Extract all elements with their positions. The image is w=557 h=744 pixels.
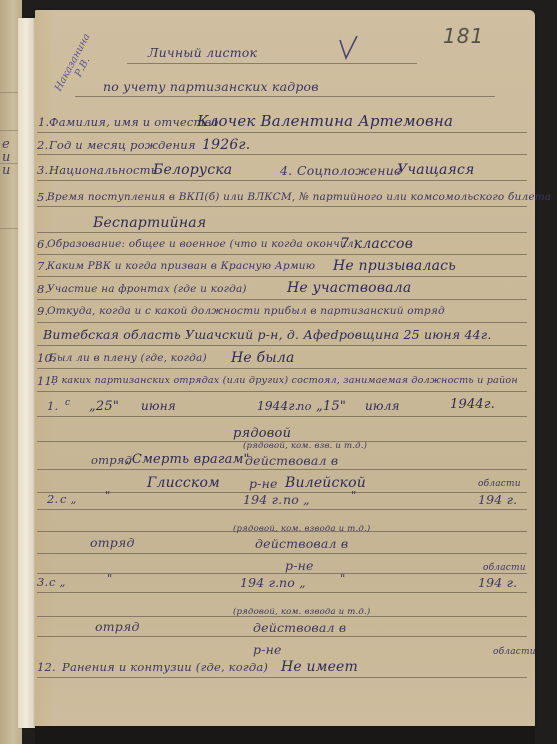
entry-1-acted-label: действовал в (245, 455, 338, 468)
field-4-label: Соцположение (297, 165, 402, 178)
entry-1-from-prefix: с (65, 399, 70, 408)
entry-1-unit-name: „Смерть врагам" (125, 453, 250, 466)
scanned-document: е и и Наказанина Р.В. 181 Личный листок … (0, 0, 557, 744)
entry-3-position-hint: (рядовой, ком. взвода и т.д.) (233, 608, 370, 617)
row-rule (37, 154, 527, 155)
entry-1-to-month: июля (365, 400, 400, 412)
entry-2-region-suffix: области (483, 564, 526, 573)
field-3-label: Национальность (49, 165, 157, 177)
title-rule (127, 63, 417, 64)
margin-note: Наказанина Р.В. (53, 32, 102, 98)
field-12-label: Ранения и контузии (где, когда) (62, 662, 268, 674)
form-title: Личный листок (148, 47, 257, 60)
entry-1-from-year: 1944г. (257, 400, 299, 412)
entry-1-region-suffix: области (478, 480, 521, 489)
row-rule (37, 391, 527, 392)
row-rule (37, 416, 527, 417)
row-rule (37, 636, 527, 637)
entry-2-position-hint: (рядовой, ком. взвода и т.д.) (233, 525, 370, 534)
entry-3-from-year: 194 г. (240, 577, 279, 590)
field-6-value: 7 классов (340, 237, 413, 251)
entry-1-to-label: по (297, 401, 312, 413)
entry-3-unit-label: отряд (95, 621, 140, 634)
row-rule (37, 232, 527, 233)
field-7-label: Каким РВК и когда призван в Красную Арми… (47, 261, 315, 272)
field-12-value: Не имеет (281, 660, 358, 674)
form-page: Наказанина Р.В. 181 Личный листок по уче… (35, 10, 535, 728)
entry-2-from-prefix: с „ (60, 494, 77, 506)
checkmark-icon (337, 34, 359, 60)
entry-3-from-prefix: с „ (49, 577, 66, 589)
field-5-label: Время поступления в ВКП(б) или ВЛКСМ, № … (47, 192, 551, 203)
field-3-value: Белоруска (153, 163, 232, 177)
scan-background-bottom (35, 726, 535, 744)
entry-1-district-suffix: р-не (249, 478, 278, 491)
field-4-value: Учащаяся (397, 163, 475, 177)
field-2-value: 1926г. (202, 138, 250, 152)
entry-2-from-day: " (105, 490, 111, 502)
entry-1-number: 1. (47, 401, 58, 413)
row-rule (37, 368, 527, 369)
row-rule (37, 509, 527, 510)
field-8-label: Участие на фронтах (где и когда) (47, 284, 247, 295)
entry-2-number: 2. (47, 494, 58, 506)
entry-3-to-day: " (340, 573, 346, 585)
subtitle-rule (75, 96, 495, 97)
row-rule (37, 469, 527, 470)
entry-2-from-year: 194 г. (243, 494, 282, 507)
row-rule (37, 132, 527, 133)
entry-3-district-suffix: р-не (253, 644, 282, 657)
field-9-value: Витебская область Ушачский р-н, д. Афеdр… (43, 329, 492, 342)
field-2-label: Год и месяц рождения (49, 140, 196, 152)
row-rule (37, 677, 527, 678)
entry-1-to-year: 1944г. (450, 398, 495, 411)
entry-3-region-suffix: области (493, 648, 536, 657)
field-6-label: Образование: общее и военное (что и когд… (47, 239, 358, 250)
entry-1-district: Глисском (147, 476, 220, 490)
entry-2-unit-label: отряд (90, 537, 135, 550)
field-5-value: Беспартийная (93, 216, 206, 230)
field-10-value: Не была (231, 351, 295, 365)
field-11-label: В каких партизанских отрядах (или других… (51, 376, 518, 386)
row-rule (37, 180, 527, 181)
field-12-number: 12. (37, 662, 56, 674)
field-8-value: Не участвовала (287, 281, 411, 295)
field-7-value: Не призывалась (333, 259, 456, 273)
prev-page-fragment: и (2, 163, 10, 178)
entry-1-from-month: июня (141, 400, 176, 412)
entry-1-from-day: „25" (89, 400, 119, 413)
binding-edge (18, 18, 36, 728)
row-rule (37, 206, 527, 207)
entry-2-to-label: по „ (283, 494, 310, 507)
row-rule (37, 345, 527, 346)
page-number: 181 (443, 24, 484, 48)
field-1-label: Фамилия, имя и отчество (49, 117, 219, 129)
entry-3-to-year: 194 г. (478, 577, 517, 590)
field-1-number: 1. (38, 117, 49, 129)
field-2-number: 2. (37, 140, 48, 152)
entry-2-to-day: " (351, 490, 357, 502)
entry-2-district-suffix: р-не (285, 560, 314, 573)
entry-3-acted-label: действовал в (253, 622, 346, 635)
field-9-label: Откуда, когда и с какой должности прибыл… (47, 306, 445, 317)
field-4-number: 4. (280, 165, 292, 178)
row-rule (37, 322, 527, 323)
entry-3-to-label: по „ (279, 577, 306, 590)
field-3-number: 3. (37, 165, 48, 177)
field-1-value: Клочек Валентина Артемовна (197, 114, 453, 129)
entry-1-position-hint: (рядовой, ком. взв. и т.д.) (243, 442, 367, 451)
row-rule (37, 276, 527, 277)
row-rule (37, 553, 527, 554)
row-rule (37, 254, 527, 255)
row-rule (37, 492, 527, 493)
form-subtitle: по учету партизанских кадров (103, 81, 319, 94)
entry-2-acted-label: действовал в (255, 538, 348, 551)
row-rule (37, 299, 527, 300)
entry-2-to-year: 194 г. (478, 494, 517, 507)
row-rule (37, 592, 527, 593)
entry-1-to-day: „15" (316, 400, 346, 413)
entry-3-from-day: " (107, 573, 113, 585)
entry-3-number: 3. (37, 577, 48, 589)
entry-1-position: рядовой (233, 427, 291, 440)
field-10-label: Был ли в плену (где, когда) (49, 353, 207, 364)
